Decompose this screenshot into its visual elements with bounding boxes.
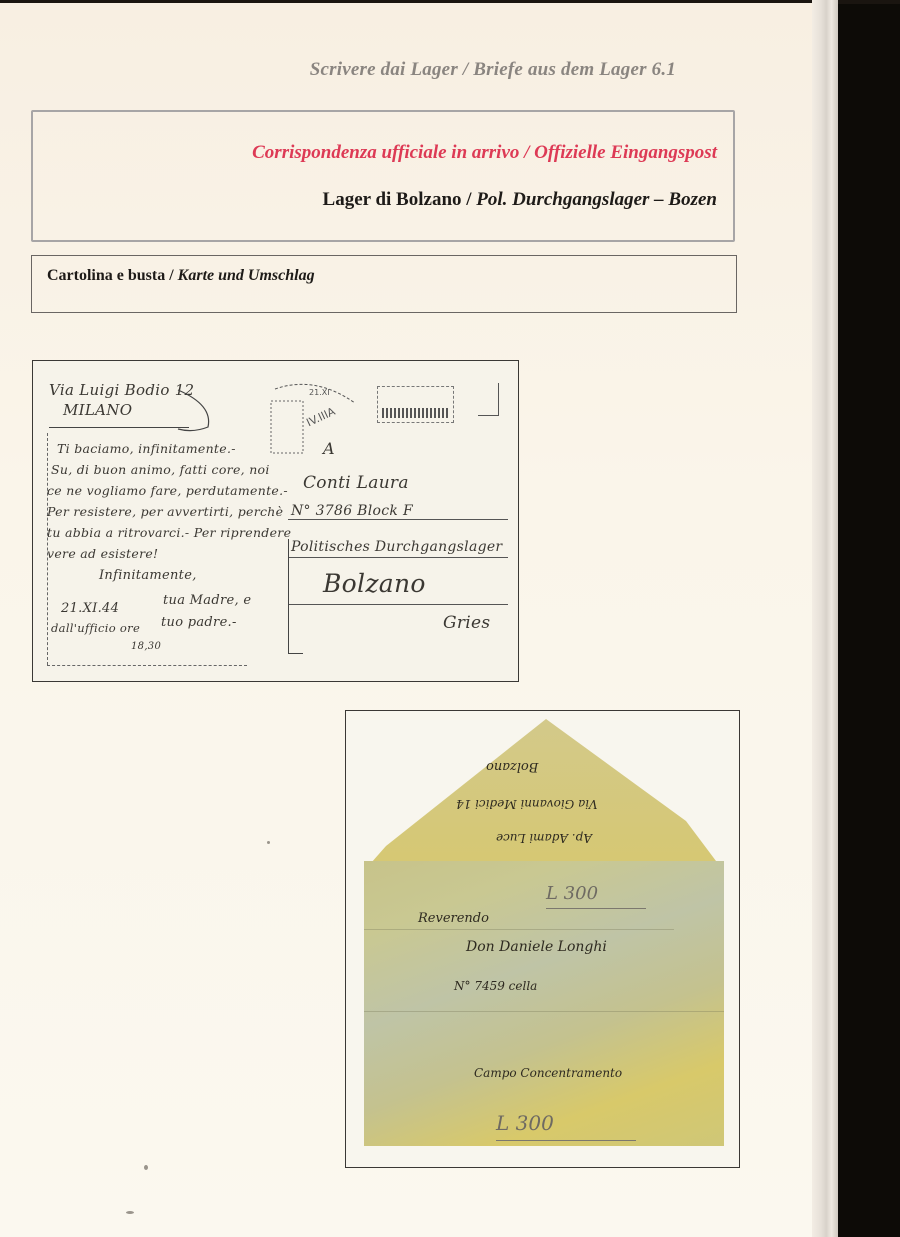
section-title-plain: Lager di Bolzano /	[323, 189, 477, 210]
envelope-image: Bolzano Via Giovanni Medici 14 Ap. Adami…	[345, 710, 740, 1168]
scan-speck	[126, 1211, 134, 1214]
sender-underline	[49, 427, 189, 428]
postcard-image: Via Luigi Bodio 12 MILANO Ti baciamo, in…	[32, 360, 519, 682]
message-line: Ti baciamo, infinitamente.-	[57, 441, 236, 456]
scan-speck	[267, 841, 270, 844]
envelope-postage-bottom: L 300	[496, 1111, 554, 1135]
postage-underline	[496, 1140, 636, 1141]
addressee-camp: Politisches Durchgangslager	[291, 539, 502, 555]
addressee-number: N° 3786 Block F	[291, 503, 413, 519]
section-title-italic: Pol. Durchgangslager – Bozen	[476, 189, 717, 210]
flap-line: Via Giovanni Medici 14	[456, 797, 598, 811]
svg-text:IV.IIIA: IV.IIIA	[304, 405, 337, 430]
stamp-corner-mark	[478, 383, 499, 416]
envelope-postage-top: L 300	[546, 883, 598, 904]
postmark-cancel-icon: 21.XI IV.IIIA	[265, 379, 365, 469]
addressee-prefix: A	[323, 439, 335, 458]
addressee-name: Conti Laura	[303, 473, 409, 493]
address-rule	[288, 519, 508, 520]
envelope-fold	[364, 1011, 724, 1012]
address-bracket	[288, 539, 303, 654]
book-page-edge	[812, 0, 838, 1237]
message-signature: tua Madre, e	[163, 593, 251, 608]
message-signature: tuo padre.-	[161, 615, 237, 630]
addressee-district: Gries	[443, 613, 490, 633]
envelope-body	[364, 861, 724, 1146]
item-caption-box: Cartolina e busta / Karte und Umschlag	[31, 255, 737, 313]
section-title: Lager di Bolzano / Pol. Durchgangslager …	[323, 189, 717, 211]
envelope-address-line: Reverendo	[418, 911, 489, 926]
message-line: vere ad esistere!	[47, 546, 158, 561]
postcard-sender-city: MILANO	[63, 401, 132, 419]
flap-line: Ap. Adami Luce	[496, 831, 592, 845]
message-line: Per resistere, per avvertirti, perchè	[47, 504, 283, 519]
document-page: Scrivere dai Lager / Briefe aus dem Lage…	[0, 3, 838, 1237]
message-closing: Infinitamente,	[99, 568, 197, 583]
message-time: 18,30	[131, 641, 161, 652]
section-subtitle: Corrispondenza ufficiale in arrivo / Off…	[252, 142, 717, 164]
envelope-fold	[364, 929, 674, 930]
message-line: tu abbia a ritrovarci.- Per riprendere	[47, 525, 291, 540]
message-line: Su, di buon animo, fatti core, noi	[51, 462, 270, 477]
flap-line: Bolzano	[486, 759, 538, 774]
item-title-plain: Cartolina e busta /	[47, 267, 178, 284]
meter-stamp-icon	[377, 386, 454, 423]
message-bottom-rule	[47, 665, 247, 667]
item-title-italic: Karte und Umschlag	[178, 267, 315, 284]
envelope-address-line: N° 7459 cella	[454, 979, 537, 993]
postmark-date: 21.XI	[309, 388, 330, 397]
message-line: ce ne vogliamo fare, perdutamente.-	[47, 483, 288, 498]
message-date: 21.XI.44	[61, 601, 119, 616]
scan-speck	[144, 1165, 148, 1170]
running-head: Scrivere dai Lager / Briefe aus dem Lage…	[310, 59, 676, 81]
message-note: dall'ufficio ore	[51, 621, 140, 635]
sender-bracket-stroke	[173, 385, 223, 435]
envelope-camp-line: Campo Concentramento	[474, 1066, 622, 1080]
envelope-address-line: Don Daniele Longhi	[466, 939, 607, 955]
address-rule	[288, 604, 508, 605]
postage-underline	[546, 908, 646, 909]
section-header-box: Corrispondenza ufficiale in arrivo / Off…	[31, 110, 735, 242]
address-rule	[288, 557, 508, 558]
item-title: Cartolina e busta / Karte und Umschlag	[47, 267, 315, 285]
addressee-city: Bolzano	[323, 569, 426, 598]
